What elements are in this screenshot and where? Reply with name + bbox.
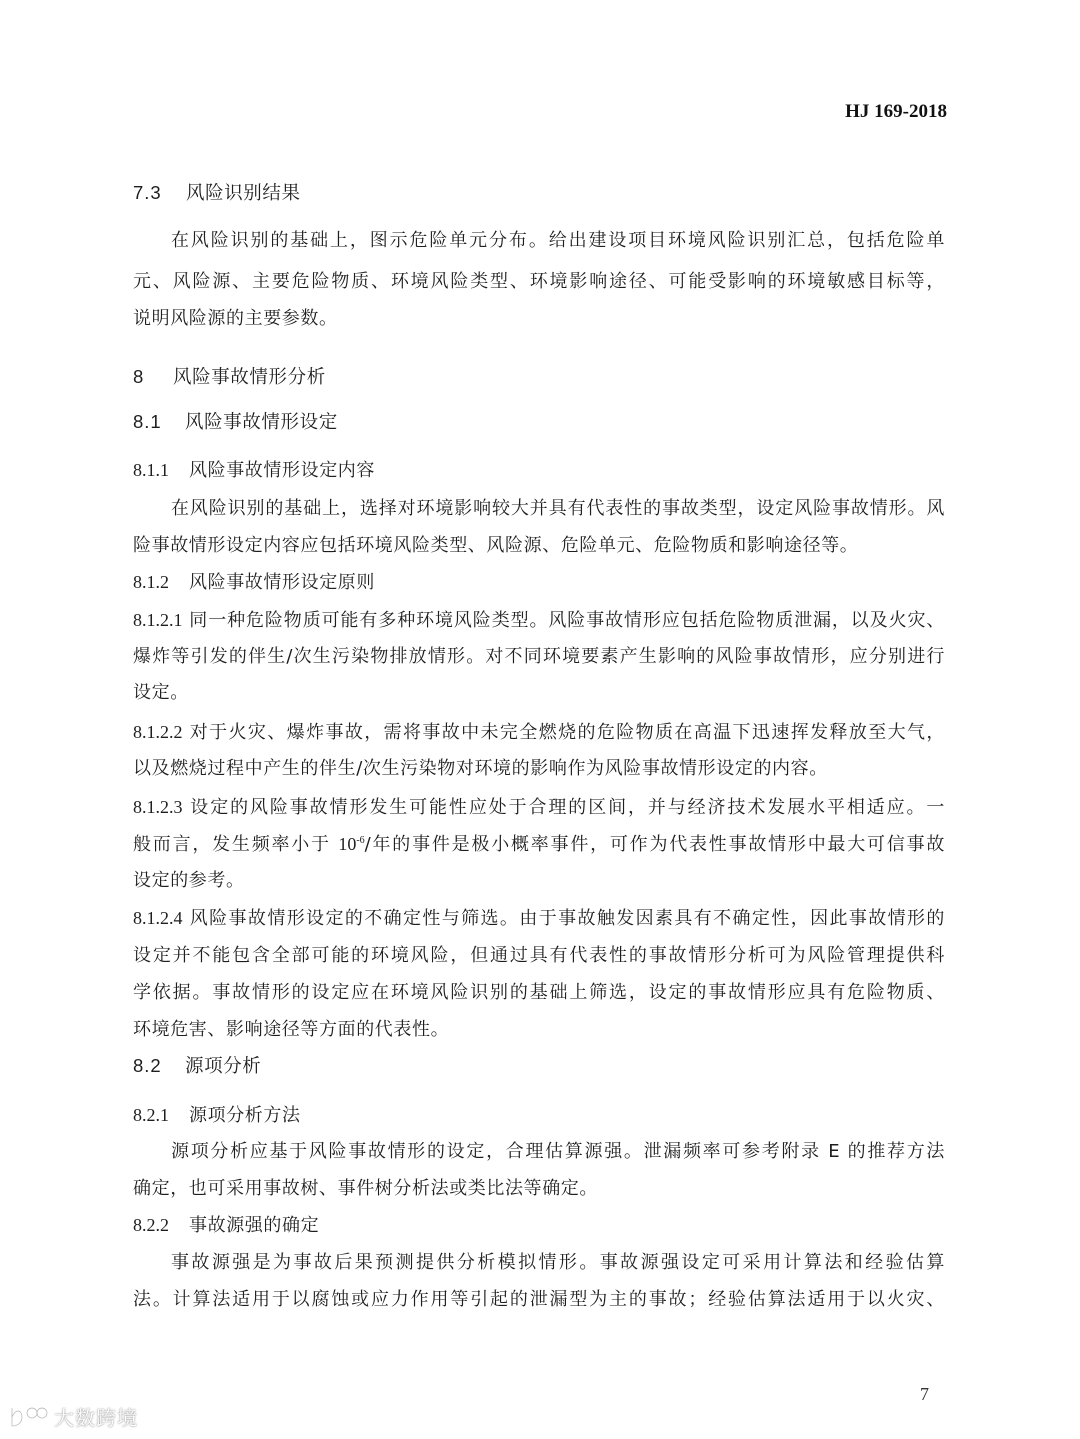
watermark: 大数跨境 bbox=[8, 1402, 138, 1431]
section-title: 源项分析 bbox=[185, 1056, 261, 1077]
section-title: 风险事故情形设定 bbox=[185, 412, 338, 433]
paragraph-line: 设定的参考。 bbox=[133, 869, 945, 893]
paragraph-line: 源项分析应基于风险事故情形的设定，合理估算源强。泄漏频率可参考附录 E 的推荐方… bbox=[133, 1140, 945, 1164]
paragraph-line: 环境危害、影响途径等方面的代表性。 bbox=[133, 1018, 945, 1042]
section-heading-8-1: 8.1风险事故情形设定 bbox=[133, 410, 945, 435]
section-number: 8.1.1 bbox=[133, 458, 189, 482]
paragraph-line: 确定，也可采用事故树、事件树分析法或类比法等确定。 bbox=[133, 1177, 945, 1201]
section-number: 8.2 bbox=[133, 1054, 185, 1078]
exponent-base: 10 bbox=[338, 834, 356, 854]
clause-number: 8.1.2.3 bbox=[133, 795, 189, 819]
clause-text: 对于火灾、爆炸事故，需将事故中未完全燃烧的危险物质在高温下迅速挥发释放至大气， bbox=[189, 722, 945, 743]
section-number: 7.3 bbox=[133, 181, 186, 205]
clause-8-1-2-1-line: 8.1.2.1同一种危险物质可能有多种环境风险类型。风险事故情形应包括危险物质泄… bbox=[133, 608, 945, 633]
paragraph-line: 在风险识别的基础上，图示危险单元分布。给出建设项目环境风险识别汇总，包括危险单 bbox=[133, 229, 945, 253]
paragraph-line-with-exponent: 般而言，发生频率小于 10-6/年的事件是极小概率事件，可作为代表性事故情形中最… bbox=[133, 832, 945, 857]
paragraph-line: 设定并不能包含全部可能的环境风险，但通过具有代表性的事故情形分析可为风险管理提供… bbox=[133, 944, 945, 968]
section-title: 风险事故情形设定内容 bbox=[189, 460, 375, 481]
text-run: 般而言，发生频率小于 bbox=[133, 834, 338, 855]
section-number: 8.2.2 bbox=[133, 1213, 189, 1237]
paragraph-line: 险事故情形设定内容应包括环境风险类型、风险源、危险单元、危险物质和影响途径等。 bbox=[133, 534, 945, 558]
paragraph-line: 元、风险源、主要危险物质、环境风险类型、环境影响途径、可能受影响的环境敏感目标等… bbox=[133, 270, 945, 294]
exponent: -6 bbox=[356, 835, 364, 846]
section-number: 8.1.2 bbox=[133, 570, 189, 594]
paragraph-line: 法。计算法适用于以腐蚀或应力作用等引起的泄漏型为主的事故；经验估算法适用于以火灾… bbox=[133, 1288, 945, 1312]
clause-number: 8.1.2.4 bbox=[133, 906, 189, 930]
watermark-logo-icon bbox=[8, 1404, 48, 1430]
clause-text: 风险事故情形设定的不确定性与筛选。由于事故触发因素具有不确定性，因此事故情形的 bbox=[189, 908, 945, 929]
clause-text: 同一种危险物质可能有多种环境风险类型。风险事故情形应包括危险物质泄漏，以及火灾、 bbox=[189, 610, 945, 631]
page-number: 7 bbox=[920, 1384, 929, 1405]
section-title: 事故源强的确定 bbox=[189, 1215, 319, 1236]
section-number: 8 bbox=[133, 365, 173, 389]
paragraph-line: 设定。 bbox=[133, 681, 945, 705]
section-heading-7-3: 7.3风险识别结果 bbox=[133, 181, 945, 206]
paragraph-line: 爆炸等引发的伴生/次生污染物排放情形。对不同环境要素产生影响的风险事故情形，应分… bbox=[133, 645, 945, 669]
paragraph-line: 说明风险源的主要参数。 bbox=[133, 307, 945, 331]
section-heading-8-1-1: 8.1.1风险事故情形设定内容 bbox=[133, 458, 945, 483]
section-heading-8: 8风险事故情形分析 bbox=[133, 365, 945, 390]
paragraph-line: 以及燃烧过程中产生的伴生/次生污染物对环境的影响作为风险事故情形设定的内容。 bbox=[133, 757, 945, 781]
paragraph-line: 在风险识别的基础上，选择对环境影响较大并具有代表性的事故类型，设定风险事故情形。… bbox=[133, 497, 945, 521]
section-number: 8.1 bbox=[133, 410, 185, 434]
section-heading-8-1-2: 8.1.2风险事故情形设定原则 bbox=[133, 570, 945, 595]
section-title: 风险事故情形分析 bbox=[173, 367, 326, 388]
section-heading-8-2-2: 8.2.2事故源强的确定 bbox=[133, 1213, 945, 1238]
standard-code-header: HJ 169-2018 bbox=[845, 101, 947, 123]
text-run: /年的事件是极小概率事件，可作为代表性事故情形中最大可信事故 bbox=[365, 834, 945, 855]
section-heading-8-2-1: 8.2.1源项分析方法 bbox=[133, 1103, 945, 1128]
section-title: 风险事故情形设定原则 bbox=[189, 572, 375, 593]
clause-8-1-2-3-line: 8.1.2.3设定的风险事故情形发生可能性应处于合理的区间，并与经济技术发展水平… bbox=[133, 795, 945, 820]
section-number: 8.2.1 bbox=[133, 1103, 189, 1127]
document-page: HJ 169-2018 7.3风险识别结果 在风险识别的基础上，图示危险单元分布… bbox=[0, 0, 1080, 1439]
clause-8-1-2-4-line: 8.1.2.4风险事故情形设定的不确定性与筛选。由于事故触发因素具有不确定性，因… bbox=[133, 906, 945, 931]
section-title: 风险识别结果 bbox=[186, 183, 301, 204]
section-title: 源项分析方法 bbox=[189, 1105, 301, 1126]
clause-number: 8.1.2.2 bbox=[133, 720, 189, 744]
clause-text: 设定的风险事故情形发生可能性应处于合理的区间，并与经济技术发展水平相适应。一 bbox=[189, 797, 945, 818]
section-heading-8-2: 8.2源项分析 bbox=[133, 1054, 945, 1079]
clause-8-1-2-2-line: 8.1.2.2对于火灾、爆炸事故，需将事故中未完全燃烧的危险物质在高温下迅速挥发… bbox=[133, 720, 945, 745]
paragraph-line: 事故源强是为事故后果预测提供分析模拟情形。事故源强设定可采用计算法和经验估算 bbox=[133, 1251, 945, 1275]
clause-number: 8.1.2.1 bbox=[133, 608, 189, 632]
paragraph-line: 学依据。事故情形的设定应在环境风险识别的基础上筛选，设定的事故情形应具有危险物质… bbox=[133, 981, 945, 1005]
frequency-value: 10-6 bbox=[338, 834, 364, 854]
watermark-text: 大数跨境 bbox=[54, 1402, 138, 1431]
